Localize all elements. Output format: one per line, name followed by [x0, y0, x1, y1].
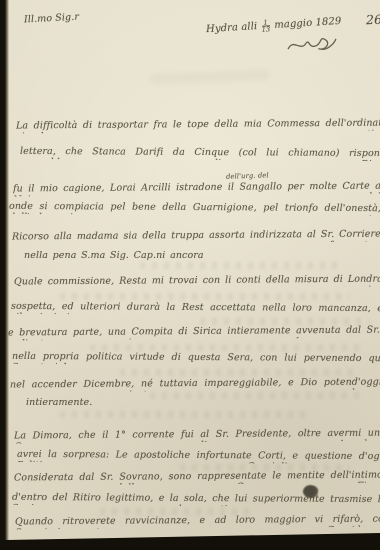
handwritten-line: onde si compiacia pel bene della Guarnig… [9, 201, 380, 216]
handwritten-line: intieramente. [26, 397, 92, 410]
bleed-through-mark [60, 411, 310, 418]
page-number: 26 [366, 12, 380, 28]
scan-edge-left [0, 0, 9, 550]
scanned-letter-page: { "letter": { "salutation": "Ill.mo Sig.… [0, 0, 380, 550]
handwritten-line: lettera, che Stanca Darifi da Cinque (co… [20, 146, 380, 161]
bleed-through-mark [100, 508, 250, 515]
paraph-flourish [285, 31, 338, 57]
bleed-through-mark [60, 293, 350, 300]
bleed-through-mark [180, 464, 350, 471]
bleed-through-mark [120, 369, 360, 376]
handwritten-line: d'entro del Ritiro legittimo, e la sola,… [12, 492, 380, 507]
bleed-through-mark [200, 318, 370, 325]
bleed-through-mark [90, 344, 360, 351]
handwritten-line: sospetta, ed ulteriori durarà la Rest ac… [11, 301, 380, 316]
handwritten-line: avrei la sorpresa: Le apostoliche infort… [17, 449, 380, 464]
fraction-denominator: 13 [262, 26, 271, 33]
bleed-through-mark [140, 262, 340, 269]
dateline-place: Hydra alli [206, 21, 258, 35]
dateline-fraction: 113 [261, 19, 270, 32]
interline-insertion: dell'urg. del [226, 171, 269, 180]
bleed-through-mark [150, 392, 360, 399]
handwritten-line: nella propria politica virtude di questa… [12, 351, 380, 366]
